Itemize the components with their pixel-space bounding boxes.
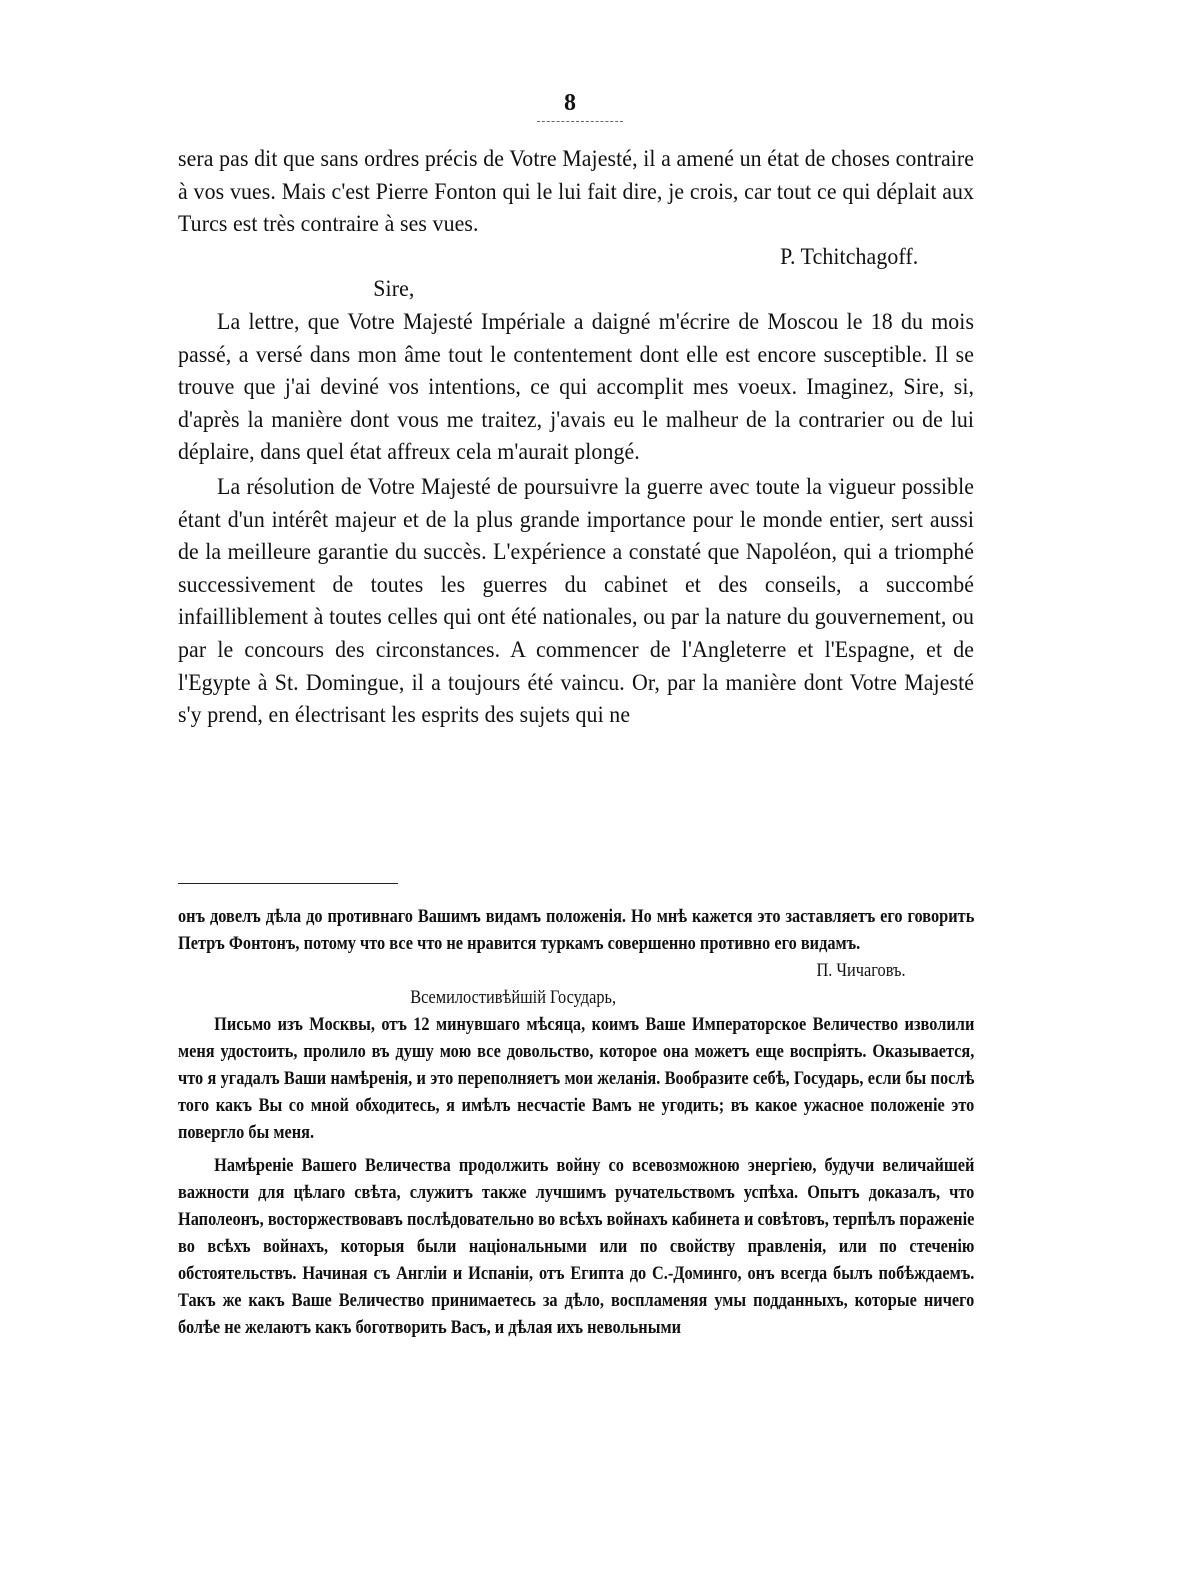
continuation-paragraph: sera pas dit que sans ordres précis de V…	[178, 143, 974, 241]
signature: P. Tchitchagoff.	[178, 241, 974, 274]
footnote-signature: П. Чичаговъ.	[178, 957, 974, 984]
french-text: sera pas dit que sans ordres précis de V…	[178, 143, 974, 732]
footnote-salutation: Всемилостивѣйшій Государь,	[178, 984, 974, 1011]
footnote-paragraph: Письмо изъ Москвы, отъ 12 минувшаго мѣся…	[178, 1011, 974, 1146]
footnote-paragraph: Намѣреніе Вашего Величества продолжить в…	[178, 1152, 974, 1341]
russian-translation: онъ довелъ дѣла до противнаго Вашимъ вид…	[178, 903, 974, 1341]
letter-paragraph: La lettre, que Votre Majesté Impériale a…	[178, 306, 974, 469]
footnote-continuation: онъ довелъ дѣла до противнаго Вашимъ вид…	[178, 903, 974, 957]
page-number-rule	[537, 121, 623, 122]
footnote-block: онъ довелъ дѣла до противнаго Вашимъ вид…	[178, 903, 974, 1341]
main-text-block: sera pas dit que sans ordres précis de V…	[178, 143, 974, 732]
salutation: Sire,	[178, 273, 974, 306]
page-number: 8	[0, 90, 1140, 117]
footnote-divider	[178, 883, 398, 884]
letter-paragraph: La résolution de Votre Majesté de poursu…	[178, 471, 974, 732]
